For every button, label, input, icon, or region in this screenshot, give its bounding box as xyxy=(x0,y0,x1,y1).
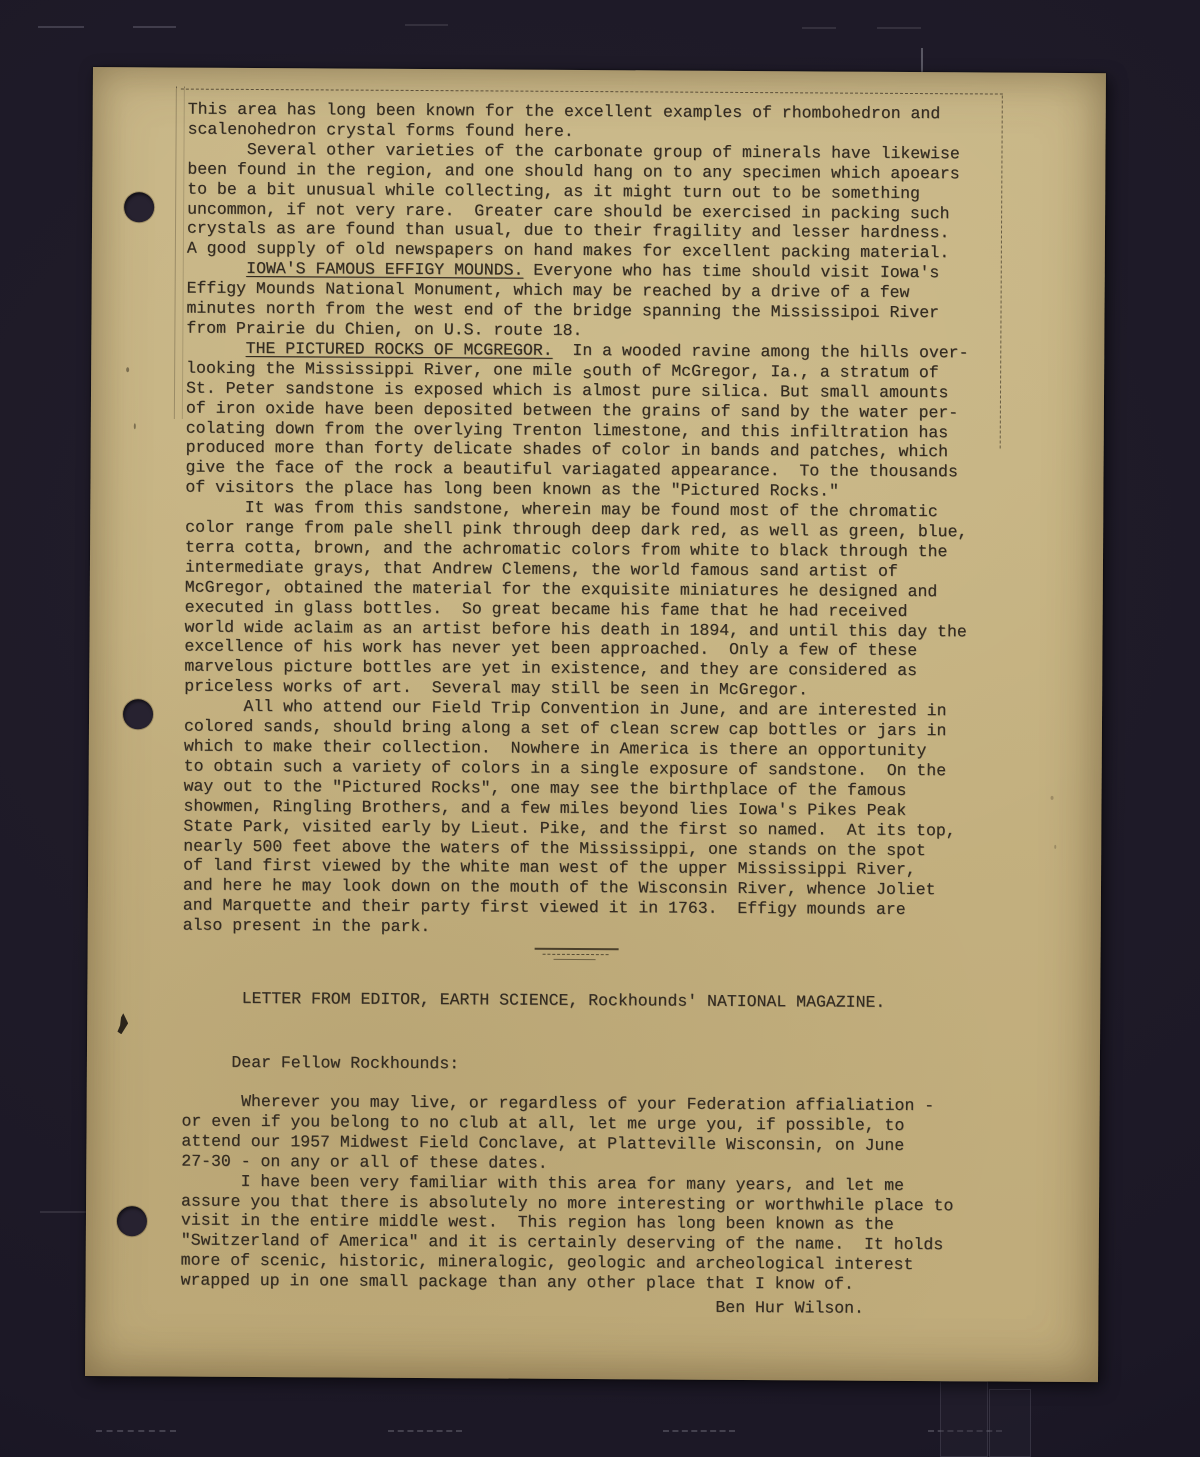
letter-heading: LETTER FROM EDITOR, EARTH SCIENCE, Rockh… xyxy=(182,989,885,1013)
document-page: This area has long been known for the ex… xyxy=(85,67,1106,1382)
ink-blot xyxy=(115,1013,128,1034)
paper-speck xyxy=(1051,796,1054,800)
film-mark xyxy=(38,26,84,28)
film-mark xyxy=(921,48,923,72)
section-divider xyxy=(554,959,596,960)
scan-background: This area has long been known for the ex… xyxy=(0,0,1200,1457)
film-mark xyxy=(663,1430,735,1432)
paper-speck xyxy=(1054,845,1056,849)
margin-rule-top xyxy=(181,89,1003,95)
film-mark xyxy=(877,27,921,29)
typed-text-block: This area has long been known for the ex… xyxy=(183,100,970,941)
punch-hole xyxy=(123,699,153,729)
paper-speck xyxy=(401,1137,404,1142)
section-divider xyxy=(535,948,619,951)
film-mark xyxy=(405,24,448,26)
margin-rule-right xyxy=(1000,96,1003,449)
margin-rule-left xyxy=(174,87,177,419)
film-mark xyxy=(388,1430,462,1432)
film-mark xyxy=(802,27,836,29)
scanner-artifact xyxy=(989,1389,1031,1457)
punch-hole xyxy=(124,192,154,222)
paper-speck xyxy=(134,423,136,429)
letter-body-block: Wherever you may live, or regardless of … xyxy=(181,1092,955,1296)
scanner-artifact xyxy=(940,1381,988,1457)
typed-line: wrapped up in one small package than any… xyxy=(181,1271,953,1296)
margin-rule-left xyxy=(182,87,185,419)
letter-salutation: Dear Fellow Rockhounds: xyxy=(182,1053,459,1075)
letter-signature: Ben Hur Wilson. xyxy=(715,1298,864,1319)
punch-hole xyxy=(117,1206,147,1236)
film-mark xyxy=(96,1430,176,1432)
section-divider xyxy=(543,954,609,955)
film-mark xyxy=(133,26,176,28)
paper-speck xyxy=(126,367,129,372)
